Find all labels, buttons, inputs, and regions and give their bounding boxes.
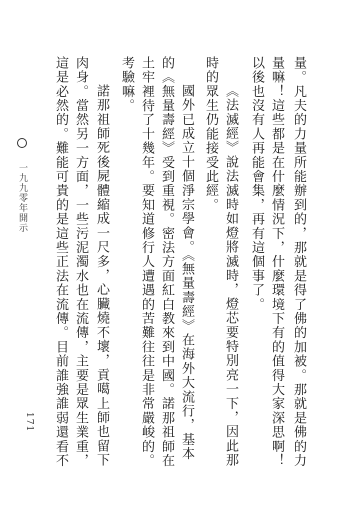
text-column-4: 《法滅經》說法滅時如燈將滅時，燈芯要特別亮一下，因此那 [223,84,237,467]
text-column-7: 的《無量壽經》受到重視。密法方面紅白教來到中國。諾那祖師在 [159,56,173,468]
text-column-2: 量嘛！這些都是在什麼情況下，什麼環境下有的值得大家深思啊！ [269,56,283,468]
running-header: 一九九零年開示 [16,138,29,233]
text-column-11: 肉身。當然另一方面，一些污泥濁水也在流傳，主要是眾生業重， [73,56,87,468]
text-column-3: 以後也沒有人再能會集，再有這個事了。 [249,56,263,312]
circle-emblem-icon [17,138,27,148]
book-page: 量。凡夫的力量所能辦到的，那就是得了佛的加被。那就是佛的力 量嘛！這些都是在什麼… [0,0,363,510]
text-column-10: 諾那祖師死後屍體縮成一尺多，心臟燒不壞，貢噶上師也留下 [94,84,108,467]
text-column-5: 時的眾生仍能接受此經。 [203,56,217,212]
text-column-9: 考驗嘛。 [119,56,133,113]
text-column-1: 量。凡夫的力量所能辦到的，那就是得了佛的加被。那就是佛的力 [291,56,305,468]
page-number: 171 [24,412,34,432]
text-column-6: 國外已成立十個淨宗學會。《無量壽經》在海外大流行，基本 [179,84,193,461]
text-column-8: 土牢裡待了十幾年。要知道修行人遭遇的苦難往往是非常嚴峻的。 [139,56,153,468]
text-column-12: 這是必然的。難能可貴的是這些正法在流傳。目前誰強誰弱還看不 [53,56,67,468]
running-header-text: 一九九零年開示 [17,163,27,233]
